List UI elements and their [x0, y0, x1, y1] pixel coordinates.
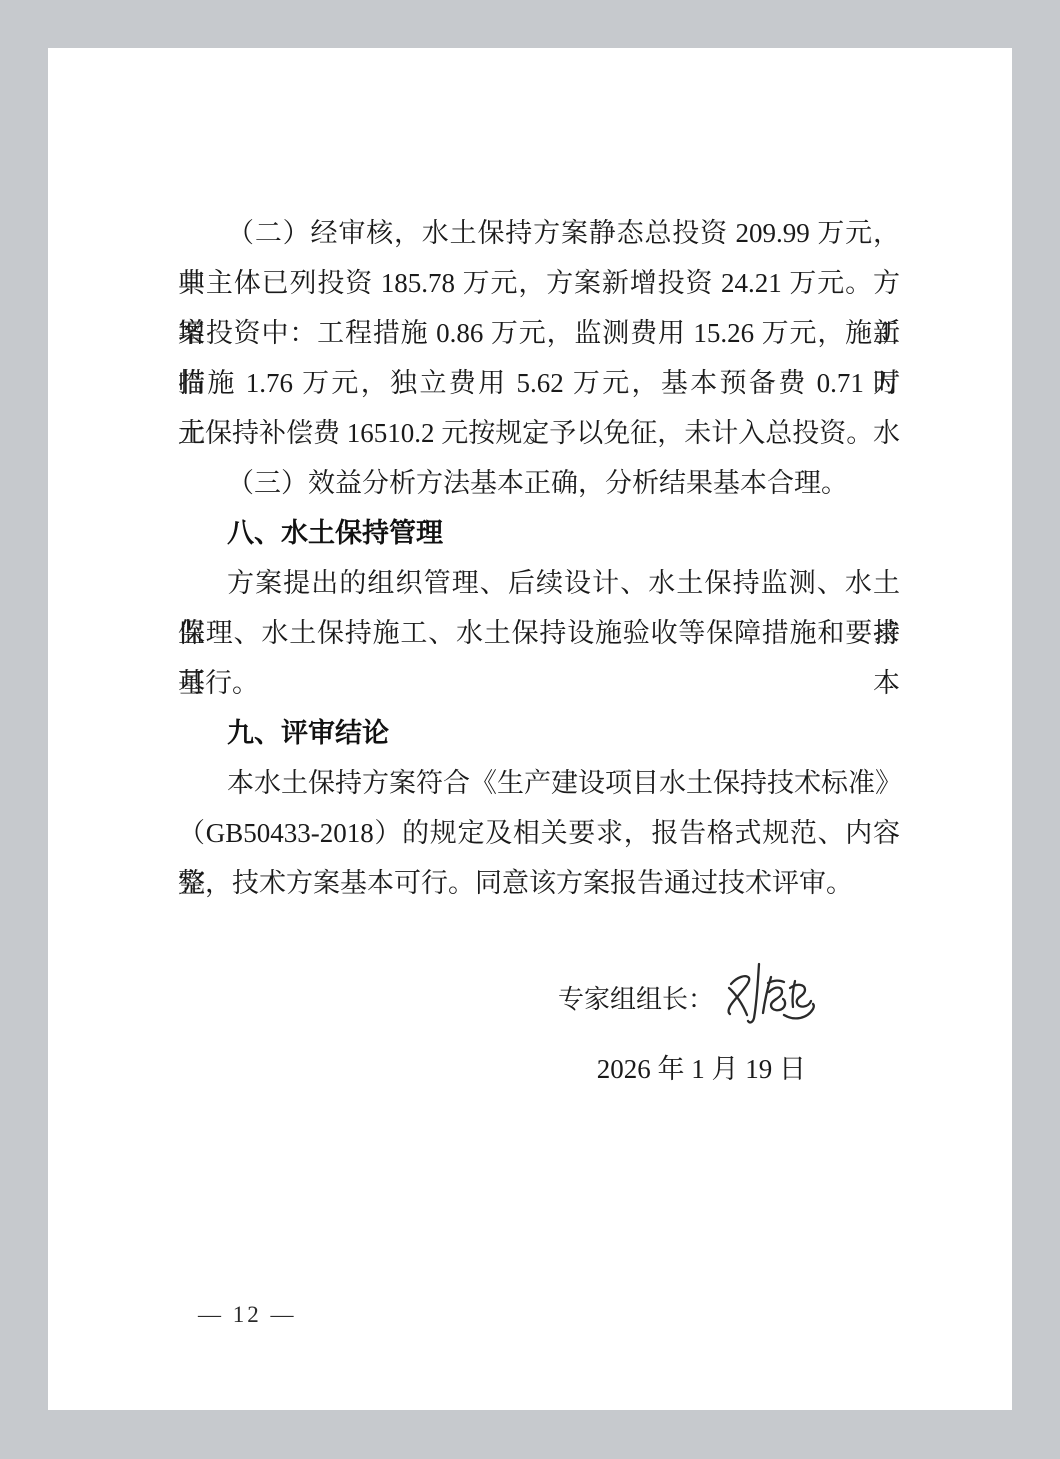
text-line: 中主体已列投资 185.78 万元，方案新增投资 24.21 万元。方案新 [178, 258, 900, 308]
signature-label: 专家组组长： [558, 975, 714, 1025]
page-number: — 12 — [198, 1300, 297, 1330]
document-body: （二）经审核，水土保持方案静态总投资 209.99 万元，其 中主体已列投资 1… [178, 208, 900, 1094]
text-line: 措施 1.76 万元，独立费用 5.62 万元，基本预备费 0.71 万元。水 [178, 358, 900, 408]
text-line: 方案提出的组织管理、后续设计、水土保持监测、水土保持 [178, 558, 900, 608]
text-line: 整，技术方案基本可行。同意该方案报告通过技术评审。 [178, 858, 900, 908]
signature-row: 专家组组长： [178, 972, 900, 1028]
paragraph-benefit-analysis: （三）效益分析方法基本正确，分析结果基本合理。 [178, 458, 900, 508]
document-background: （二）经审核，水土保持方案静态总投资 209.99 万元，其 中主体已列投资 1… [0, 0, 1060, 1459]
heading-review-conclusion: 九、评审结论 [178, 708, 900, 758]
heading-soil-water-management: 八、水土保持管理 [178, 508, 900, 558]
text-line: （三）效益分析方法基本正确，分析结果基本合理。 [178, 458, 900, 508]
text-line: 土保持补偿费 16510.2 元按规定予以免征，未计入总投资。 [178, 408, 900, 458]
text-line: 监理、水土保持施工、水土保持设施验收等保障措施和要求基本 [178, 608, 900, 658]
handwritten-signature-icon [718, 959, 822, 1033]
paragraph-investment-review: （二）经审核，水土保持方案静态总投资 209.99 万元，其 中主体已列投资 1… [178, 208, 900, 458]
paragraph-management-measures: 方案提出的组织管理、后续设计、水土保持监测、水土保持 监理、水土保持施工、水土保… [178, 558, 900, 708]
review-date: 2026 年 1 月 19 日 [178, 1044, 900, 1094]
text-line: 增投资中：工程措施 0.86 万元，监测费用 15.26 万元，施工临时 [178, 308, 900, 358]
paragraph-conclusion: 本水土保持方案符合《生产建设项目水土保持技术标准》 （GB50433-2018）… [178, 758, 900, 908]
text-line: 本水土保持方案符合《生产建设项目水土保持技术标准》 [178, 758, 900, 808]
document-page: （二）经审核，水土保持方案静态总投资 209.99 万元，其 中主体已列投资 1… [48, 48, 1012, 1410]
text-line: （GB50433-2018）的规定及相关要求，报告格式规范、内容完 [178, 808, 900, 858]
text-line: （二）经审核，水土保持方案静态总投资 209.99 万元，其 [178, 208, 900, 258]
